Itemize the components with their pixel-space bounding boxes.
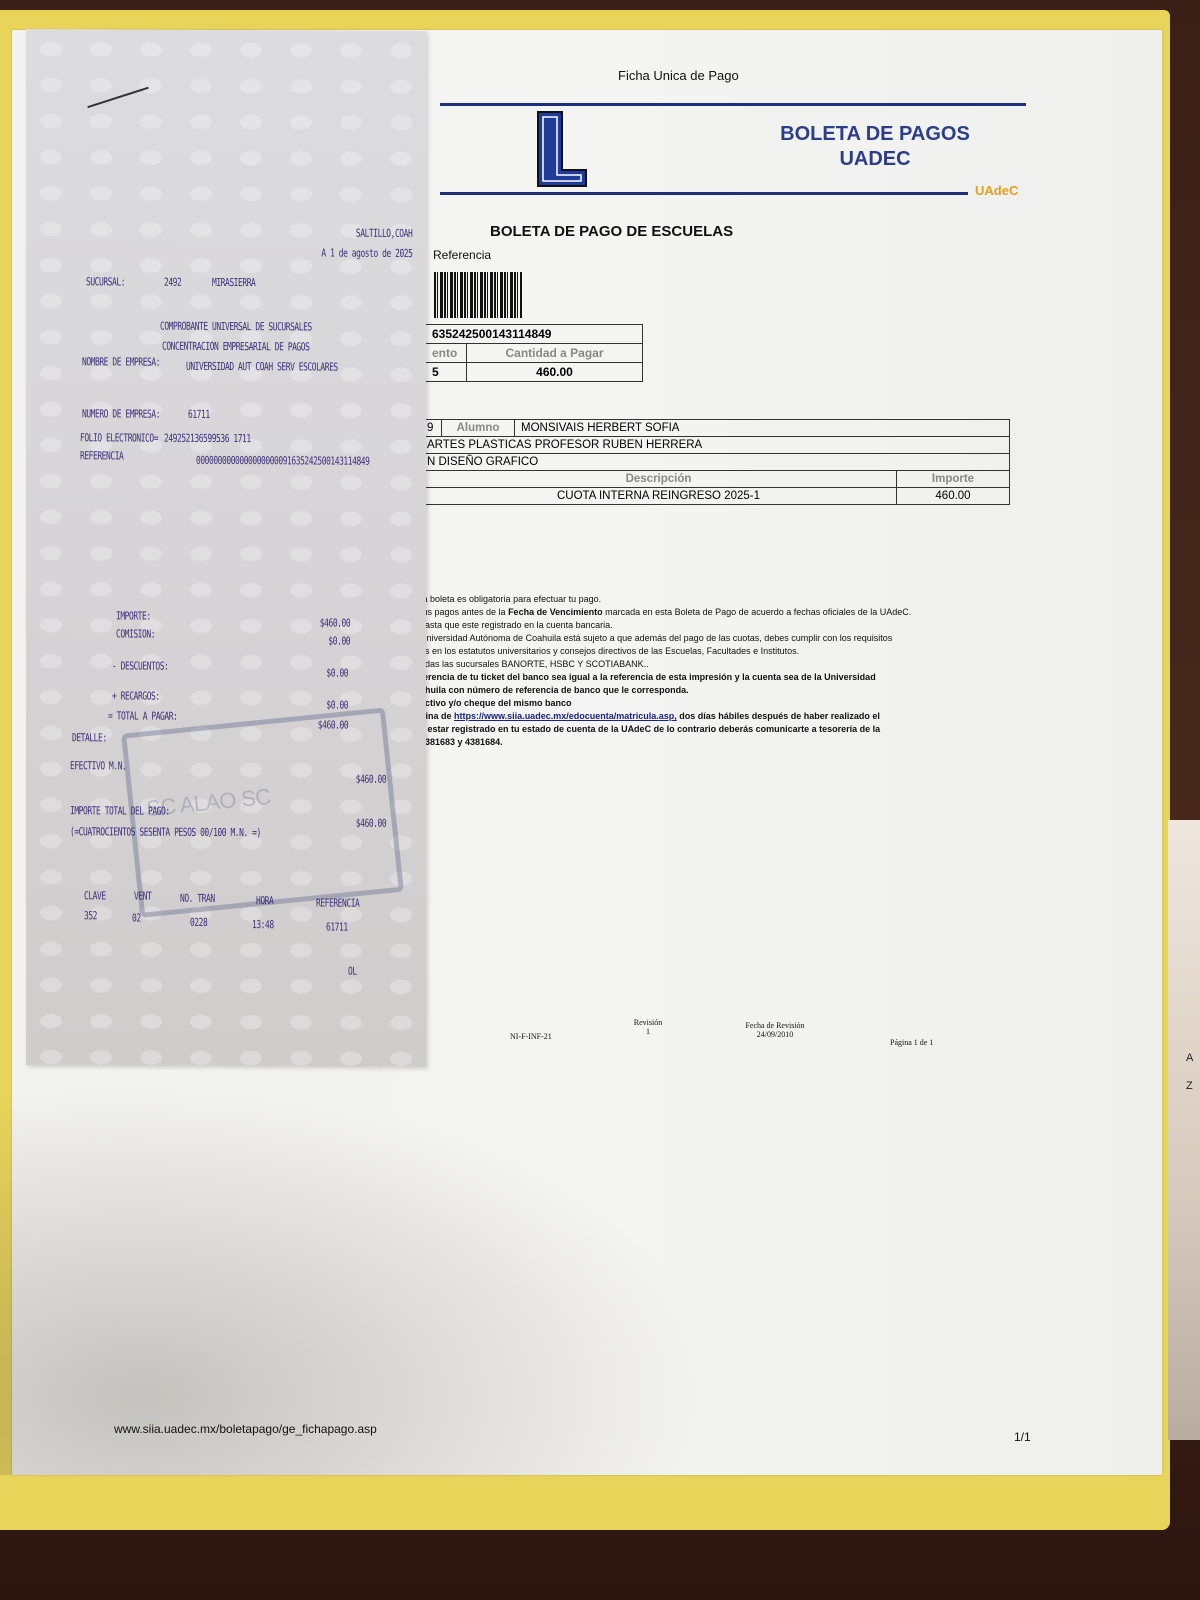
amount-to-pay: 460.00: [467, 363, 643, 382]
receipt-date: A 1 de agosto de 2025: [321, 246, 412, 259]
amount-label: + RECARGOS:: [112, 689, 160, 702]
company-name: UNIVERSIDAD AUT COAH SERV ESCOLARES: [186, 360, 338, 374]
header-title: BOLETA DE PAGOS UADEC: [760, 122, 990, 172]
bank-receipt: SALTILLO,COAH A 1 de agosto de 2025 SUCU…: [26, 29, 426, 1067]
pen-mark: [87, 87, 148, 108]
receipt-reference: 0000000000000000000091635242500143114849: [196, 454, 369, 468]
col-header-ref: REFERENCIA: [316, 896, 359, 909]
footer-page: Página 1 de 1: [890, 1038, 933, 1047]
company-name-label: NOMBRE DE EMPRESA:: [82, 355, 160, 368]
branch-number: 2492: [164, 276, 181, 289]
student-label: Alumno: [442, 420, 515, 437]
student-school: ARTES PLASTICAS PROFESOR RUBEN HERRERA: [421, 437, 1010, 454]
revision-date: 24/09/2010: [735, 1030, 815, 1039]
print-page-number: 1/1: [1014, 1430, 1031, 1444]
tab-letter: Z: [1186, 1080, 1193, 1092]
header-title-line1: BOLETA DE PAGOS: [760, 122, 990, 147]
note-line: 4381683 y 4381684.: [420, 736, 1000, 748]
amount-value: $0.00: [328, 635, 350, 648]
col-value-clave: 352: [84, 909, 97, 922]
tab-letter: A: [1186, 1052, 1193, 1064]
cash-label: EFECTIVO M.N.: [70, 759, 126, 772]
header-rule-bottom: [440, 192, 968, 195]
folio-number: 249252136599536 1711: [164, 432, 251, 445]
payment-instructions: ta boleta es obligatoria para efectuar t…: [420, 593, 1000, 749]
end-mark: OL: [348, 965, 357, 978]
company-number-label: NUMERO DE EMPRESA:: [82, 407, 160, 420]
amount-label: - DESCUENTOS:: [112, 659, 168, 672]
footer-revision-date: Fecha de Revisión 24/09/2010: [735, 1021, 815, 1039]
footer-revision: Revisión 1: [628, 1018, 668, 1036]
note-line: ta boleta es obligatoria para efectuar t…: [420, 593, 1000, 605]
receipt-city: SALTILLO,COAH: [356, 227, 412, 240]
note-line: gina de https://www.siia.uadec.mx/edocue…: [420, 710, 1000, 722]
university-logo-icon: [536, 110, 588, 188]
total-in-words: (=CUATROCIENTOS SESENTA PESOS 00/100 M.N…: [70, 825, 261, 839]
col-header-vent: VENT: [134, 890, 151, 903]
amount-value: $460.00: [320, 616, 350, 629]
detail-label: DETALLE:: [72, 731, 107, 744]
receipt-title-line1: COMPROBANTE UNIVERSAL DE SUCURSALES: [160, 320, 312, 334]
amount-col1-value: 5: [426, 363, 467, 382]
item-description: CUOTA INTERNA REINGRESO 2025-1: [421, 488, 897, 505]
note-line: ferencia de tu ticket del banco sea igua…: [420, 671, 1000, 683]
amount-label: COMISION:: [116, 627, 155, 640]
amount-value: $0.00: [326, 667, 348, 680]
header-title-line2: UADEC: [760, 147, 990, 172]
section-title: BOLETA DE PAGO DE ESCUELAS: [490, 223, 733, 240]
company-number: 61711: [188, 408, 210, 421]
amount-col2-header: Cantidad a Pagar: [467, 344, 643, 363]
col-value-trans: 0228: [190, 916, 207, 929]
table-row: CUOTA INTERNA REINGRESO 2025-1 460.00: [421, 488, 1010, 505]
footer-code: NI-F-INF-21: [510, 1032, 552, 1041]
note-line: ectivo y/o cheque del mismo banco: [420, 697, 1000, 709]
items-header-amount: Importe: [897, 471, 1010, 488]
account-status-link[interactable]: https://www.siia.uadec.mx/edocuenta/matr…: [454, 711, 677, 721]
note-line: tus pagos antes de la Fecha de Vencimien…: [420, 606, 1000, 618]
amount-label: IMPORTE:: [116, 609, 151, 622]
note-line: á estar registrado en tu estado de cuent…: [420, 723, 1000, 735]
revision-value: 1: [628, 1027, 668, 1036]
reference-label: Referencia: [433, 248, 491, 262]
receipt-title-line2: CONCENTRACION EMPRESARIAL DE PAGOS: [162, 340, 309, 354]
reference-number: 635242500143114849: [426, 325, 643, 344]
form-title: Ficha Unica de Pago: [618, 68, 739, 83]
note-line: es en los estatutos universitarios y con…: [420, 645, 1000, 657]
print-url: www.siia.uadec.mx/boletapago/ge_fichapag…: [114, 1422, 377, 1436]
receipt-reference-label: REFERENCIA: [80, 449, 123, 462]
col-value-ref: 61711: [326, 921, 348, 934]
student-program: N DISEÑO GRAFICO: [421, 454, 1010, 471]
col-header-trans: NO. TRAN: [180, 892, 215, 905]
amount-col1-header: ento: [426, 344, 467, 363]
note-line: odas las sucursales BANORTE, HSBC Y SCOT…: [420, 658, 1000, 670]
note-line: Universidad Autónoma de Coahuila está su…: [420, 632, 1000, 644]
folio-label: FOLIO ELECTRONICO=: [80, 431, 158, 444]
payment-total-label: IMPORTE TOTAL DEL PAGO:: [70, 804, 170, 818]
student-table: 9 Alumno MONSIVAIS HERBERT SOFIA ARTES P…: [420, 419, 1010, 505]
branch-label: SUCURSAL:: [86, 275, 125, 288]
amount-value: $0.00: [326, 699, 348, 712]
items-header-description: Descripción: [421, 471, 897, 488]
student-name: MONSIVAIS HERBERT SOFIA: [515, 420, 1010, 437]
col-header-clave: CLAVE: [84, 889, 106, 902]
brand-tag: UAdeC: [975, 183, 1018, 198]
note-bold: Fecha de Vencimiento: [508, 607, 603, 617]
note-line: hasta que este registrado en la cuenta b…: [420, 619, 1000, 631]
folder-index-tab: [1168, 820, 1200, 1440]
col-value-vent: 02: [132, 912, 141, 925]
cash-value: $460.00: [356, 773, 386, 786]
note-line: ahuila con número de referencia de banco…: [420, 684, 1000, 696]
col-value-hora: 13:48: [252, 918, 274, 931]
note-fragment: dos días hábiles después de haber realiz…: [677, 711, 880, 721]
col-header-hora: HORA: [256, 894, 273, 907]
header-rule-top: [440, 103, 1026, 106]
amount-label: = TOTAL A PAGAR:: [108, 709, 177, 722]
revision-date-label: Fecha de Revisión: [735, 1021, 815, 1030]
amount-table: 635242500143114849 ento Cantidad a Pagar…: [425, 324, 643, 382]
item-amount: 460.00: [897, 488, 1010, 505]
barcode: [434, 272, 522, 318]
payment-total-value: $460.00: [356, 817, 386, 830]
revision-label: Revisión: [628, 1018, 668, 1027]
branch-name: MIRASIERRA: [212, 276, 255, 289]
